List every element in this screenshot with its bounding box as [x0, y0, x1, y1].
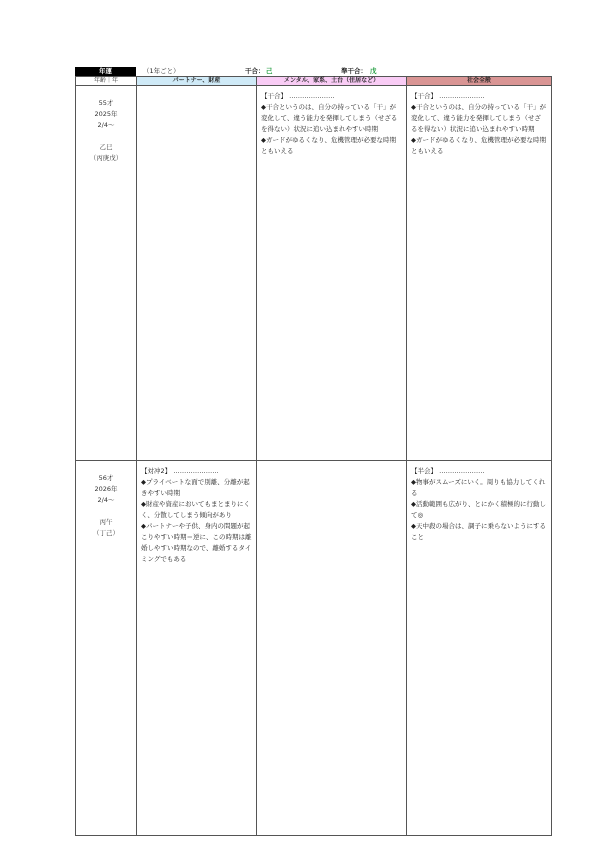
section-heading: 【干合】 …………………	[411, 91, 547, 102]
age-year-cell: 56才 2026年 2/4～ 丙午 （丁己）	[76, 461, 137, 836]
partner-cell: 【対冲2】 ………………… ◆プライベートな面で別離、分離が起きやすい時期 ◆財…	[137, 461, 257, 836]
column-header-mental: メンタル、家系、土台（住居など）	[257, 77, 407, 86]
start-date: 2/4～	[76, 495, 136, 506]
society-cell: 【半会】 ………………… ◆物事がスムーズにいく。周りも協力してくれる ◆活動範…	[407, 461, 552, 836]
table-row: 56才 2026年 2/4～ 丙午 （丁己） 【対冲2】 ………………… ◆プラ…	[76, 461, 552, 836]
age-year-cell: 55才 2025年 2/4～ 乙巳 （丙庚戊）	[76, 86, 137, 461]
bullet-item: ◆活動範囲も広がり、とにかく積極的に行動して◎	[411, 499, 547, 521]
bullet-item: ◆ガードがゆるくなり、危機管理が必要な時期ともいえる	[261, 135, 402, 157]
sheet-title-bar: 年運 （1年ごと） 干合： 己 準干合： 戊	[75, 67, 551, 76]
column-header-age: 年齢｜年	[76, 77, 137, 86]
start-date: 2/4～	[76, 120, 136, 131]
bullet-item: ◆天中殺の場合は、調子に乗らないようにすること	[411, 521, 547, 543]
bullet-item: ◆干合というのは、自分の持っている「干」が変化して、違う能力を発揮してしまう（せ…	[411, 102, 547, 135]
bullet-item: ◆プライベートな面で別離、分離が起きやすい時期	[141, 477, 252, 499]
section-heading: 【干合】 …………………	[261, 91, 402, 102]
column-header-society: 社会全般	[407, 77, 552, 86]
zoukan: （丁己）	[76, 528, 136, 539]
kanshi: 丙午	[76, 517, 136, 528]
jun-kango-label: 準干合：	[341, 67, 367, 76]
society-cell: 【干合】 ………………… ◆干合というのは、自分の持っている「干」が変化して、違…	[407, 86, 552, 461]
mental-cell: 【干合】 ………………… ◆干合というのは、自分の持っている「干」が変化して、違…	[257, 86, 407, 461]
column-header-row: 年齢｜年 パートナー、財産 メンタル、家系、土台（住居など） 社会全般	[76, 77, 552, 86]
kango-value: 己	[266, 67, 273, 76]
partner-cell	[137, 86, 257, 461]
age: 55才	[76, 98, 136, 109]
sheet-title: 年運	[75, 67, 136, 76]
table-row: 55才 2025年 2/4～ 乙巳 （丙庚戊） 【干合】 ………………… ◆干合…	[76, 86, 552, 461]
jun-kango-value: 戊	[370, 67, 377, 76]
zoukan: （丙庚戊）	[76, 153, 136, 164]
section-heading: 【対冲2】 …………………	[141, 466, 252, 477]
kanshi: 乙巳	[76, 142, 136, 153]
column-header-partner: パートナー、財産	[137, 77, 257, 86]
bullet-item: ◆干合というのは、自分の持っている「干」が変化して、違う能力を発揮してしまう（せ…	[261, 102, 402, 135]
year: 2026年	[76, 484, 136, 495]
kango-label: 干合：	[245, 67, 265, 76]
bullet-item: ◆物事がスムーズにいく。周りも協力してくれる	[411, 477, 547, 499]
fortune-table: 年齢｜年 パートナー、財産 メンタル、家系、土台（住居など） 社会全般 55才 …	[75, 76, 552, 836]
bullet-item: ◆ガードがゆるくなり、危機管理が必要な時期ともいえる	[411, 135, 547, 157]
section-heading: 【半会】 …………………	[411, 466, 547, 477]
period-note: （1年ごと）	[143, 67, 180, 76]
fortune-sheet: 年運 （1年ごと） 干合： 己 準干合： 戊 年齢｜年 パートナー、財産 メンタ…	[75, 67, 551, 836]
mental-cell	[257, 461, 407, 836]
age: 56才	[76, 473, 136, 484]
year: 2025年	[76, 109, 136, 120]
bullet-item: ◆パートナーや子供、身内の問題が起こりやすい時期＝逆に、この時期は離婚しやすい時…	[141, 521, 252, 565]
bullet-item: ◆財産や資産においてもまとまりにくく、分散してしまう傾向があり	[141, 499, 252, 521]
